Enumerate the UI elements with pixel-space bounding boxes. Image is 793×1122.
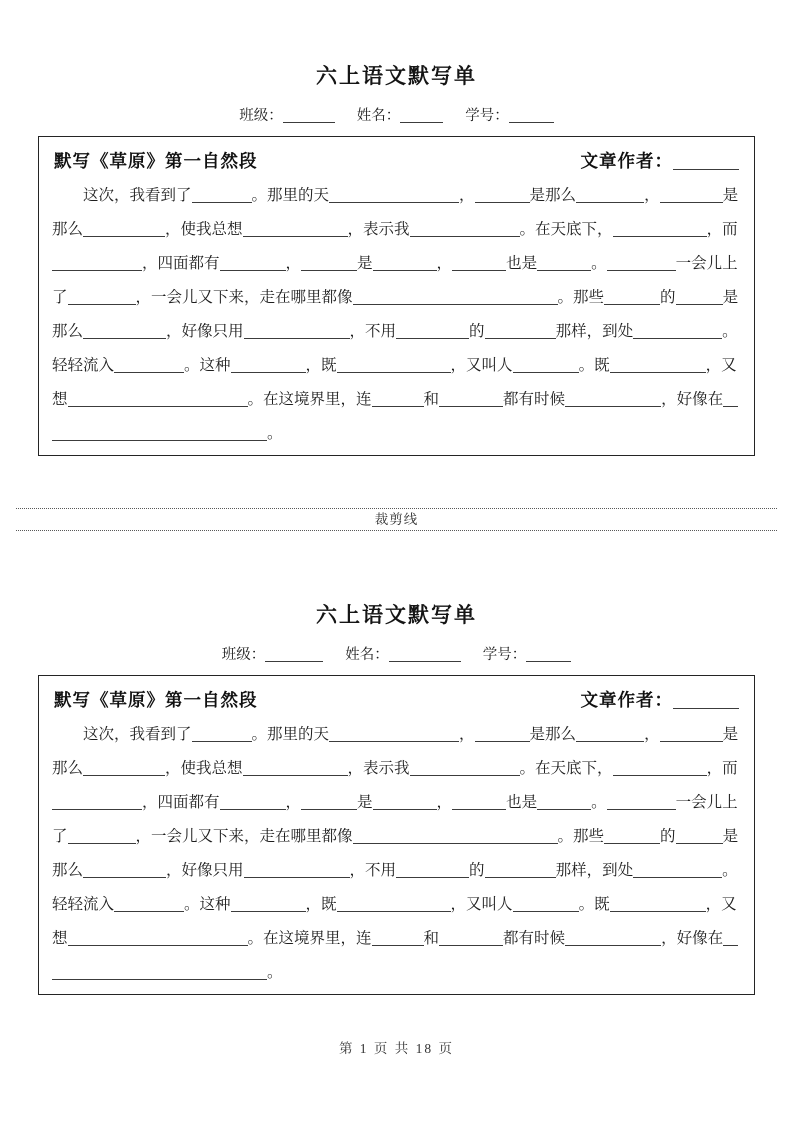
dictation-box-header: 默写《草原》第一自然段 文章作者： bbox=[52, 145, 741, 179]
text-segment: 。 bbox=[267, 964, 283, 981]
passage-line: 了，一会儿又下来，走在哪里都像。那些的是 bbox=[52, 281, 741, 315]
text-segment: 。 bbox=[722, 862, 738, 879]
blank-line bbox=[83, 873, 166, 878]
text-segment: 了 bbox=[52, 828, 68, 845]
text-segment: 。在天底下， bbox=[520, 760, 613, 777]
dictation-task-heading: 默写《草原》第一自然段 bbox=[54, 687, 258, 712]
student-info-row: 班级：姓名：学号： bbox=[38, 643, 755, 665]
text-segment: 这次，我看到了 bbox=[83, 187, 192, 204]
blank-line bbox=[396, 873, 469, 878]
text-segment: 是 bbox=[723, 828, 739, 845]
blank-line bbox=[52, 436, 267, 441]
blank-line bbox=[283, 118, 335, 123]
text-segment: 都有时候 bbox=[503, 391, 565, 408]
text-segment: ，而 bbox=[707, 221, 738, 238]
blank-line bbox=[192, 198, 252, 203]
blank-line bbox=[613, 771, 707, 776]
dictation-sheet-top: 六上语文默写单 班级：姓名：学号： 默写《草原》第一自然段 文章作者： 这次，我… bbox=[0, 0, 793, 456]
text-segment: 是那么 bbox=[530, 187, 577, 204]
page-title: 六上语文默写单 bbox=[38, 531, 755, 630]
blank-line bbox=[410, 771, 520, 776]
passage-line: ，四面都有，是，也是。一会儿上 bbox=[52, 247, 741, 281]
passage-line: 轻轻流入。这种，既，又叫人。既，又 bbox=[52, 888, 741, 922]
blank-line bbox=[244, 334, 350, 339]
passage-line: 那么，使我总想，表示我。在天底下，，而 bbox=[52, 752, 741, 786]
blank-line bbox=[192, 737, 252, 742]
blank-line bbox=[439, 941, 503, 946]
text-segment: 是 bbox=[723, 726, 739, 743]
blank-line bbox=[353, 839, 558, 844]
text-segment: 想 bbox=[52, 930, 68, 947]
blank-line bbox=[485, 334, 556, 339]
blank-line bbox=[723, 941, 738, 946]
blank-line bbox=[243, 771, 348, 776]
page-footer: 第 1 页 共 18 页 bbox=[0, 1037, 793, 1057]
text-segment: 那么 bbox=[52, 323, 83, 340]
blank-line bbox=[633, 873, 722, 878]
blank-line bbox=[676, 300, 723, 305]
blank-line bbox=[68, 402, 248, 407]
author-blank-line bbox=[673, 165, 739, 170]
blank-line bbox=[452, 266, 506, 271]
text-segment: ， bbox=[286, 255, 302, 272]
blank-line bbox=[396, 334, 469, 339]
blank-line bbox=[389, 657, 461, 662]
text-segment: ，不用 bbox=[350, 323, 397, 340]
text-segment: ，表示我 bbox=[348, 760, 410, 777]
text-segment: ，好像只用 bbox=[166, 862, 244, 879]
text-segment: ，好像在 bbox=[661, 930, 723, 947]
text-segment: ，既 bbox=[306, 896, 337, 913]
dictation-box-header: 默写《草原》第一自然段 文章作者： bbox=[52, 684, 741, 718]
blank-line bbox=[52, 975, 267, 980]
blank-line bbox=[68, 300, 136, 305]
blank-line bbox=[68, 839, 136, 844]
text-segment: 。那些 bbox=[558, 289, 605, 306]
text-segment: 轻轻流入 bbox=[52, 896, 114, 913]
text-segment: 那样，到处 bbox=[556, 323, 634, 340]
text-segment: 。那里的天 bbox=[252, 726, 330, 743]
blank-line bbox=[337, 907, 451, 912]
blank-line bbox=[244, 873, 350, 878]
text-segment: 姓名： bbox=[345, 647, 389, 663]
text-segment: 。这种 bbox=[184, 357, 231, 374]
passage-line: 轻轻流入。这种，既，又叫人。既，又 bbox=[52, 349, 741, 383]
passage-line: 这次，我看到了。那里的天，是那么，是 bbox=[52, 179, 741, 213]
text-segment: 姓名： bbox=[357, 108, 401, 124]
blank-line bbox=[660, 737, 723, 742]
text-segment: 班级： bbox=[222, 647, 266, 663]
text-segment: 。既 bbox=[579, 357, 610, 374]
author-field: 文章作者： bbox=[581, 148, 740, 173]
blank-line bbox=[485, 873, 556, 878]
blank-line bbox=[526, 657, 571, 662]
blank-line bbox=[509, 118, 554, 123]
text-segment: 。在这境界里，连 bbox=[248, 930, 372, 947]
text-segment: ，又 bbox=[706, 896, 737, 913]
text-segment: 了 bbox=[52, 289, 68, 306]
text-segment: 那样，到处 bbox=[556, 862, 634, 879]
passage-line: 了，一会儿又下来，走在哪里都像。那些的是 bbox=[52, 820, 741, 854]
blank-line bbox=[604, 839, 660, 844]
text-segment: ，又叫人 bbox=[451, 896, 513, 913]
blank-line bbox=[52, 266, 142, 271]
text-segment: ，四面都有 bbox=[142, 255, 220, 272]
text-segment: 。那些 bbox=[558, 828, 605, 845]
info-field: 姓名： bbox=[357, 108, 444, 124]
text-segment: 那么 bbox=[52, 862, 83, 879]
blank-line bbox=[513, 368, 579, 373]
blank-line bbox=[452, 805, 506, 810]
text-segment: ， bbox=[459, 187, 475, 204]
blank-line bbox=[220, 266, 286, 271]
blank-line bbox=[537, 805, 591, 810]
student-info-row: 班级：姓名：学号： bbox=[38, 104, 755, 126]
passage-line: 想。在这境界里，连和都有时候，好像在 bbox=[52, 383, 741, 417]
blank-line bbox=[231, 907, 306, 912]
blank-line bbox=[513, 907, 579, 912]
text-segment: ， bbox=[459, 726, 475, 743]
text-segment: ， bbox=[644, 187, 660, 204]
blank-line bbox=[723, 402, 738, 407]
blank-line bbox=[373, 805, 437, 810]
text-segment: ，表示我 bbox=[348, 221, 410, 238]
blank-line bbox=[565, 941, 661, 946]
blank-line bbox=[610, 907, 706, 912]
blank-line bbox=[83, 232, 165, 237]
blank-line bbox=[243, 232, 348, 237]
passage-line: 。 bbox=[52, 417, 741, 451]
blank-line bbox=[329, 198, 459, 203]
author-label: 文章作者： bbox=[581, 690, 674, 710]
blank-line bbox=[613, 232, 707, 237]
passage-line: 这次，我看到了。那里的天，是那么，是 bbox=[52, 718, 741, 752]
text-segment: 和 bbox=[424, 930, 440, 947]
author-field: 文章作者： bbox=[581, 687, 740, 712]
text-segment: ，一会儿又下来，走在哪里都像 bbox=[136, 289, 353, 306]
text-segment: 是 bbox=[357, 255, 373, 272]
passage-line: ，四面都有，是，也是。一会儿上 bbox=[52, 786, 741, 820]
blank-line bbox=[220, 805, 286, 810]
text-segment: 学号： bbox=[465, 108, 509, 124]
blank-line bbox=[83, 771, 165, 776]
passage-line: 那么，好像只用，不用的那样，到处。 bbox=[52, 854, 741, 888]
blank-line bbox=[114, 368, 184, 373]
text-segment: 是 bbox=[357, 794, 373, 811]
text-segment: 也是 bbox=[506, 255, 537, 272]
text-segment: ，一会儿又下来，走在哪里都像 bbox=[136, 828, 353, 845]
passage-line: 。 bbox=[52, 956, 741, 990]
blank-line bbox=[610, 368, 706, 373]
text-segment: 。那里的天 bbox=[252, 187, 330, 204]
text-segment: ，而 bbox=[707, 760, 738, 777]
blank-line bbox=[372, 941, 424, 946]
cut-line-label: 裁剪线 bbox=[16, 509, 777, 530]
text-segment: 轻轻流入 bbox=[52, 357, 114, 374]
text-segment: 的 bbox=[469, 862, 485, 879]
blank-line bbox=[337, 368, 451, 373]
worksheet-page: 六上语文默写单 班级：姓名：学号： 默写《草原》第一自然段 文章作者： 这次，我… bbox=[0, 0, 793, 1122]
blank-line bbox=[537, 266, 591, 271]
text-segment: 。在这境界里，连 bbox=[248, 391, 372, 408]
blank-line bbox=[52, 805, 142, 810]
blank-line bbox=[265, 657, 323, 662]
info-field: 班级： bbox=[239, 108, 335, 124]
text-segment: ，使我总想 bbox=[165, 221, 243, 238]
blank-line bbox=[372, 402, 424, 407]
text-segment: 。这种 bbox=[184, 896, 231, 913]
info-field: 学号： bbox=[465, 108, 554, 124]
text-segment: 是那么 bbox=[530, 726, 577, 743]
blank-line bbox=[660, 198, 723, 203]
blank-line bbox=[329, 737, 459, 742]
text-segment: ， bbox=[644, 726, 660, 743]
blank-line bbox=[676, 839, 723, 844]
passage-line: 想。在这境界里，连和都有时候，好像在 bbox=[52, 922, 741, 956]
dictation-task-heading: 默写《草原》第一自然段 bbox=[54, 148, 258, 173]
text-segment: ，又叫人 bbox=[451, 357, 513, 374]
blank-line bbox=[301, 266, 357, 271]
info-field: 学号： bbox=[483, 647, 572, 663]
text-segment: 那么 bbox=[52, 760, 83, 777]
passage: 这次，我看到了。那里的天，是那么，是那么，使我总想，表示我。在天底下，，而，四面… bbox=[52, 179, 741, 451]
text-segment: 。 bbox=[591, 794, 607, 811]
text-segment: ， bbox=[286, 794, 302, 811]
text-segment: ，既 bbox=[306, 357, 337, 374]
text-segment: 这次，我看到了 bbox=[83, 726, 192, 743]
blank-line bbox=[604, 300, 660, 305]
cut-line: 裁剪线 bbox=[16, 508, 777, 531]
passage: 这次，我看到了。那里的天，是那么，是那么，使我总想，表示我。在天底下，，而，四面… bbox=[52, 718, 741, 990]
dictation-box: 默写《草原》第一自然段 文章作者： 这次，我看到了。那里的天，是那么，是那么，使… bbox=[38, 675, 755, 995]
text-segment: 是 bbox=[723, 289, 739, 306]
text-segment: 。 bbox=[267, 425, 283, 442]
text-segment: 。 bbox=[591, 255, 607, 272]
blank-line bbox=[400, 118, 443, 123]
text-segment: ，不用 bbox=[350, 862, 397, 879]
blank-line bbox=[353, 300, 558, 305]
text-segment: 也是 bbox=[506, 794, 537, 811]
blank-line bbox=[576, 198, 644, 203]
blank-line bbox=[410, 232, 520, 237]
blank-line bbox=[68, 941, 248, 946]
text-segment: 学号： bbox=[483, 647, 527, 663]
blank-line bbox=[565, 402, 661, 407]
text-segment: 一会儿上 bbox=[676, 255, 738, 272]
text-segment: ， bbox=[437, 794, 453, 811]
info-field: 班级： bbox=[222, 647, 324, 663]
author-label: 文章作者： bbox=[581, 151, 674, 171]
blank-line bbox=[576, 737, 644, 742]
text-segment: 一会儿上 bbox=[676, 794, 738, 811]
text-segment: ，使我总想 bbox=[165, 760, 243, 777]
text-segment: 的 bbox=[660, 289, 676, 306]
blank-line bbox=[475, 198, 530, 203]
text-segment: 和 bbox=[424, 391, 440, 408]
text-segment: 都有时候 bbox=[503, 930, 565, 947]
text-segment: ， bbox=[437, 255, 453, 272]
text-segment: ，好像只用 bbox=[166, 323, 244, 340]
blank-line bbox=[439, 402, 503, 407]
blank-line bbox=[83, 334, 166, 339]
author-blank-line bbox=[673, 704, 739, 709]
text-segment: 的 bbox=[660, 828, 676, 845]
text-segment: 想 bbox=[52, 391, 68, 408]
text-segment: 的 bbox=[469, 323, 485, 340]
blank-line bbox=[301, 805, 357, 810]
text-segment: ，好像在 bbox=[661, 391, 723, 408]
text-segment: 班级： bbox=[239, 108, 283, 124]
blank-line bbox=[114, 907, 184, 912]
blank-line bbox=[373, 266, 437, 271]
passage-line: 那么，使我总想，表示我。在天底下，，而 bbox=[52, 213, 741, 247]
dictation-sheet-bottom: 六上语文默写单 班级：姓名：学号： 默写《草原》第一自然段 文章作者： 这次，我… bbox=[0, 531, 793, 995]
blank-line bbox=[231, 368, 306, 373]
blank-line bbox=[633, 334, 722, 339]
text-segment: 那么 bbox=[52, 221, 83, 238]
passage-line: 那么，好像只用，不用的那样，到处。 bbox=[52, 315, 741, 349]
text-segment: 是 bbox=[723, 187, 739, 204]
text-segment: ，又 bbox=[706, 357, 737, 374]
dictation-box: 默写《草原》第一自然段 文章作者： 这次，我看到了。那里的天，是那么，是那么，使… bbox=[38, 136, 755, 456]
blank-line bbox=[475, 737, 530, 742]
text-segment: ，四面都有 bbox=[142, 794, 220, 811]
blank-line bbox=[607, 266, 676, 271]
info-field: 姓名： bbox=[345, 647, 461, 663]
text-segment: 。在天底下， bbox=[520, 221, 613, 238]
blank-line bbox=[607, 805, 676, 810]
text-segment: 。 bbox=[722, 323, 738, 340]
page-title: 六上语文默写单 bbox=[38, 0, 755, 91]
text-segment: 。既 bbox=[579, 896, 610, 913]
